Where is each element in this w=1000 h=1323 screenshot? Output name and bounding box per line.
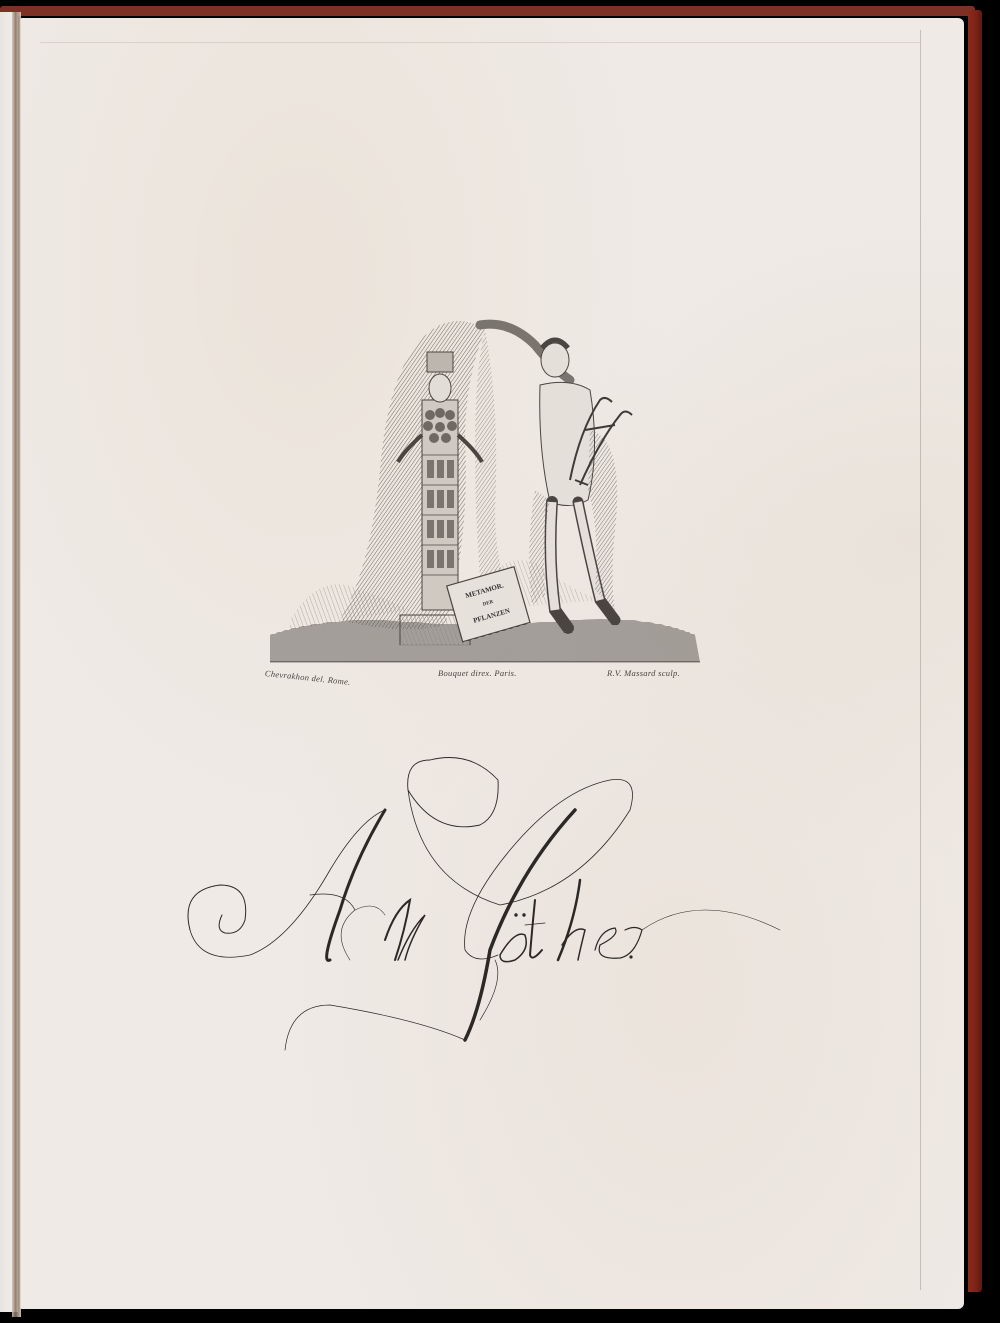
engraving-vignette: METAMOR. DER PFLANZEN	[270, 290, 700, 665]
caption-publisher: Bouquet direx. Paris.	[438, 668, 517, 678]
book-cover-top-edge	[0, 6, 975, 16]
calligraphic-title	[180, 750, 820, 1080]
binding-gutter	[12, 12, 21, 1317]
calligraphy-flourish-icon	[180, 750, 820, 1080]
engraving-illustration-icon: METAMOR. DER PFLANZEN	[270, 290, 700, 665]
book-cover-right-edge	[968, 10, 982, 1292]
plate-mark-horizontal	[40, 42, 920, 43]
plate-mark-vertical	[920, 30, 921, 1290]
caption-engraver: R.V. Massard sculp.	[607, 668, 680, 678]
